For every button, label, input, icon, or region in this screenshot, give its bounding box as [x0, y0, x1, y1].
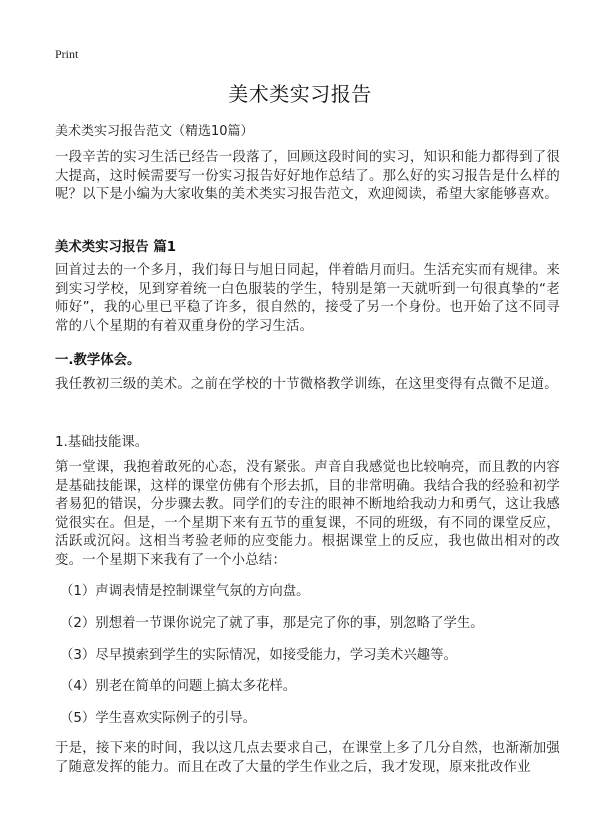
- intro-paragraph: 一段辛苦的实习生活已经告一段落了，回顾这段时间的实习，知识和能力都得到了很大提高…: [55, 149, 560, 205]
- subsection-heading-basic-skills: 1.基础技能课。: [55, 431, 148, 450]
- article-paragraph-1: 回首过去的一个多月，我们每日与旭日同起，伴着皓月而归。生活充实而有规律。来到实习…: [55, 262, 560, 336]
- article-heading: 美术类实习报告 篇1: [55, 236, 176, 255]
- document-title: 美术类实习报告: [0, 78, 600, 107]
- summary-item-1: （1）声调表情是控制课堂气氛的方向盘。: [60, 580, 310, 599]
- print-label[interactable]: Print: [55, 47, 78, 62]
- article-paragraph-2: 我任教初三级的美术。之前在学校的十节微格教学训练，在这里变得有点微不足道。: [55, 376, 560, 395]
- article-paragraph-4: 于是，接下来的时间，我以这几点去要求自己，在课堂上多了几分自然，也渐渐加强了随意…: [55, 740, 560, 777]
- summary-item-3: （3）尽早摸索到学生的实际情况，如接受能力，学习美术兴趣等。: [60, 644, 457, 663]
- summary-item-5: （5）学生喜欢实际例子的引导。: [60, 707, 256, 726]
- document-subtitle: 美术类实习报告范文（精选10篇）: [55, 120, 254, 139]
- summary-item-2: （2）别想着一节课你说完了就了事，那是完了你的事，别忽略了学生。: [60, 612, 484, 631]
- article-paragraph-3: 第一堂课，我抱着敢死的心态，没有紧张。声音自我感觉也比较响亮，而且教的内容是基础…: [55, 459, 560, 570]
- summary-item-4: （4）别老在简单的问题上搞太多花样。: [60, 675, 296, 694]
- section-heading-teaching: 一.教学体会。: [55, 349, 140, 368]
